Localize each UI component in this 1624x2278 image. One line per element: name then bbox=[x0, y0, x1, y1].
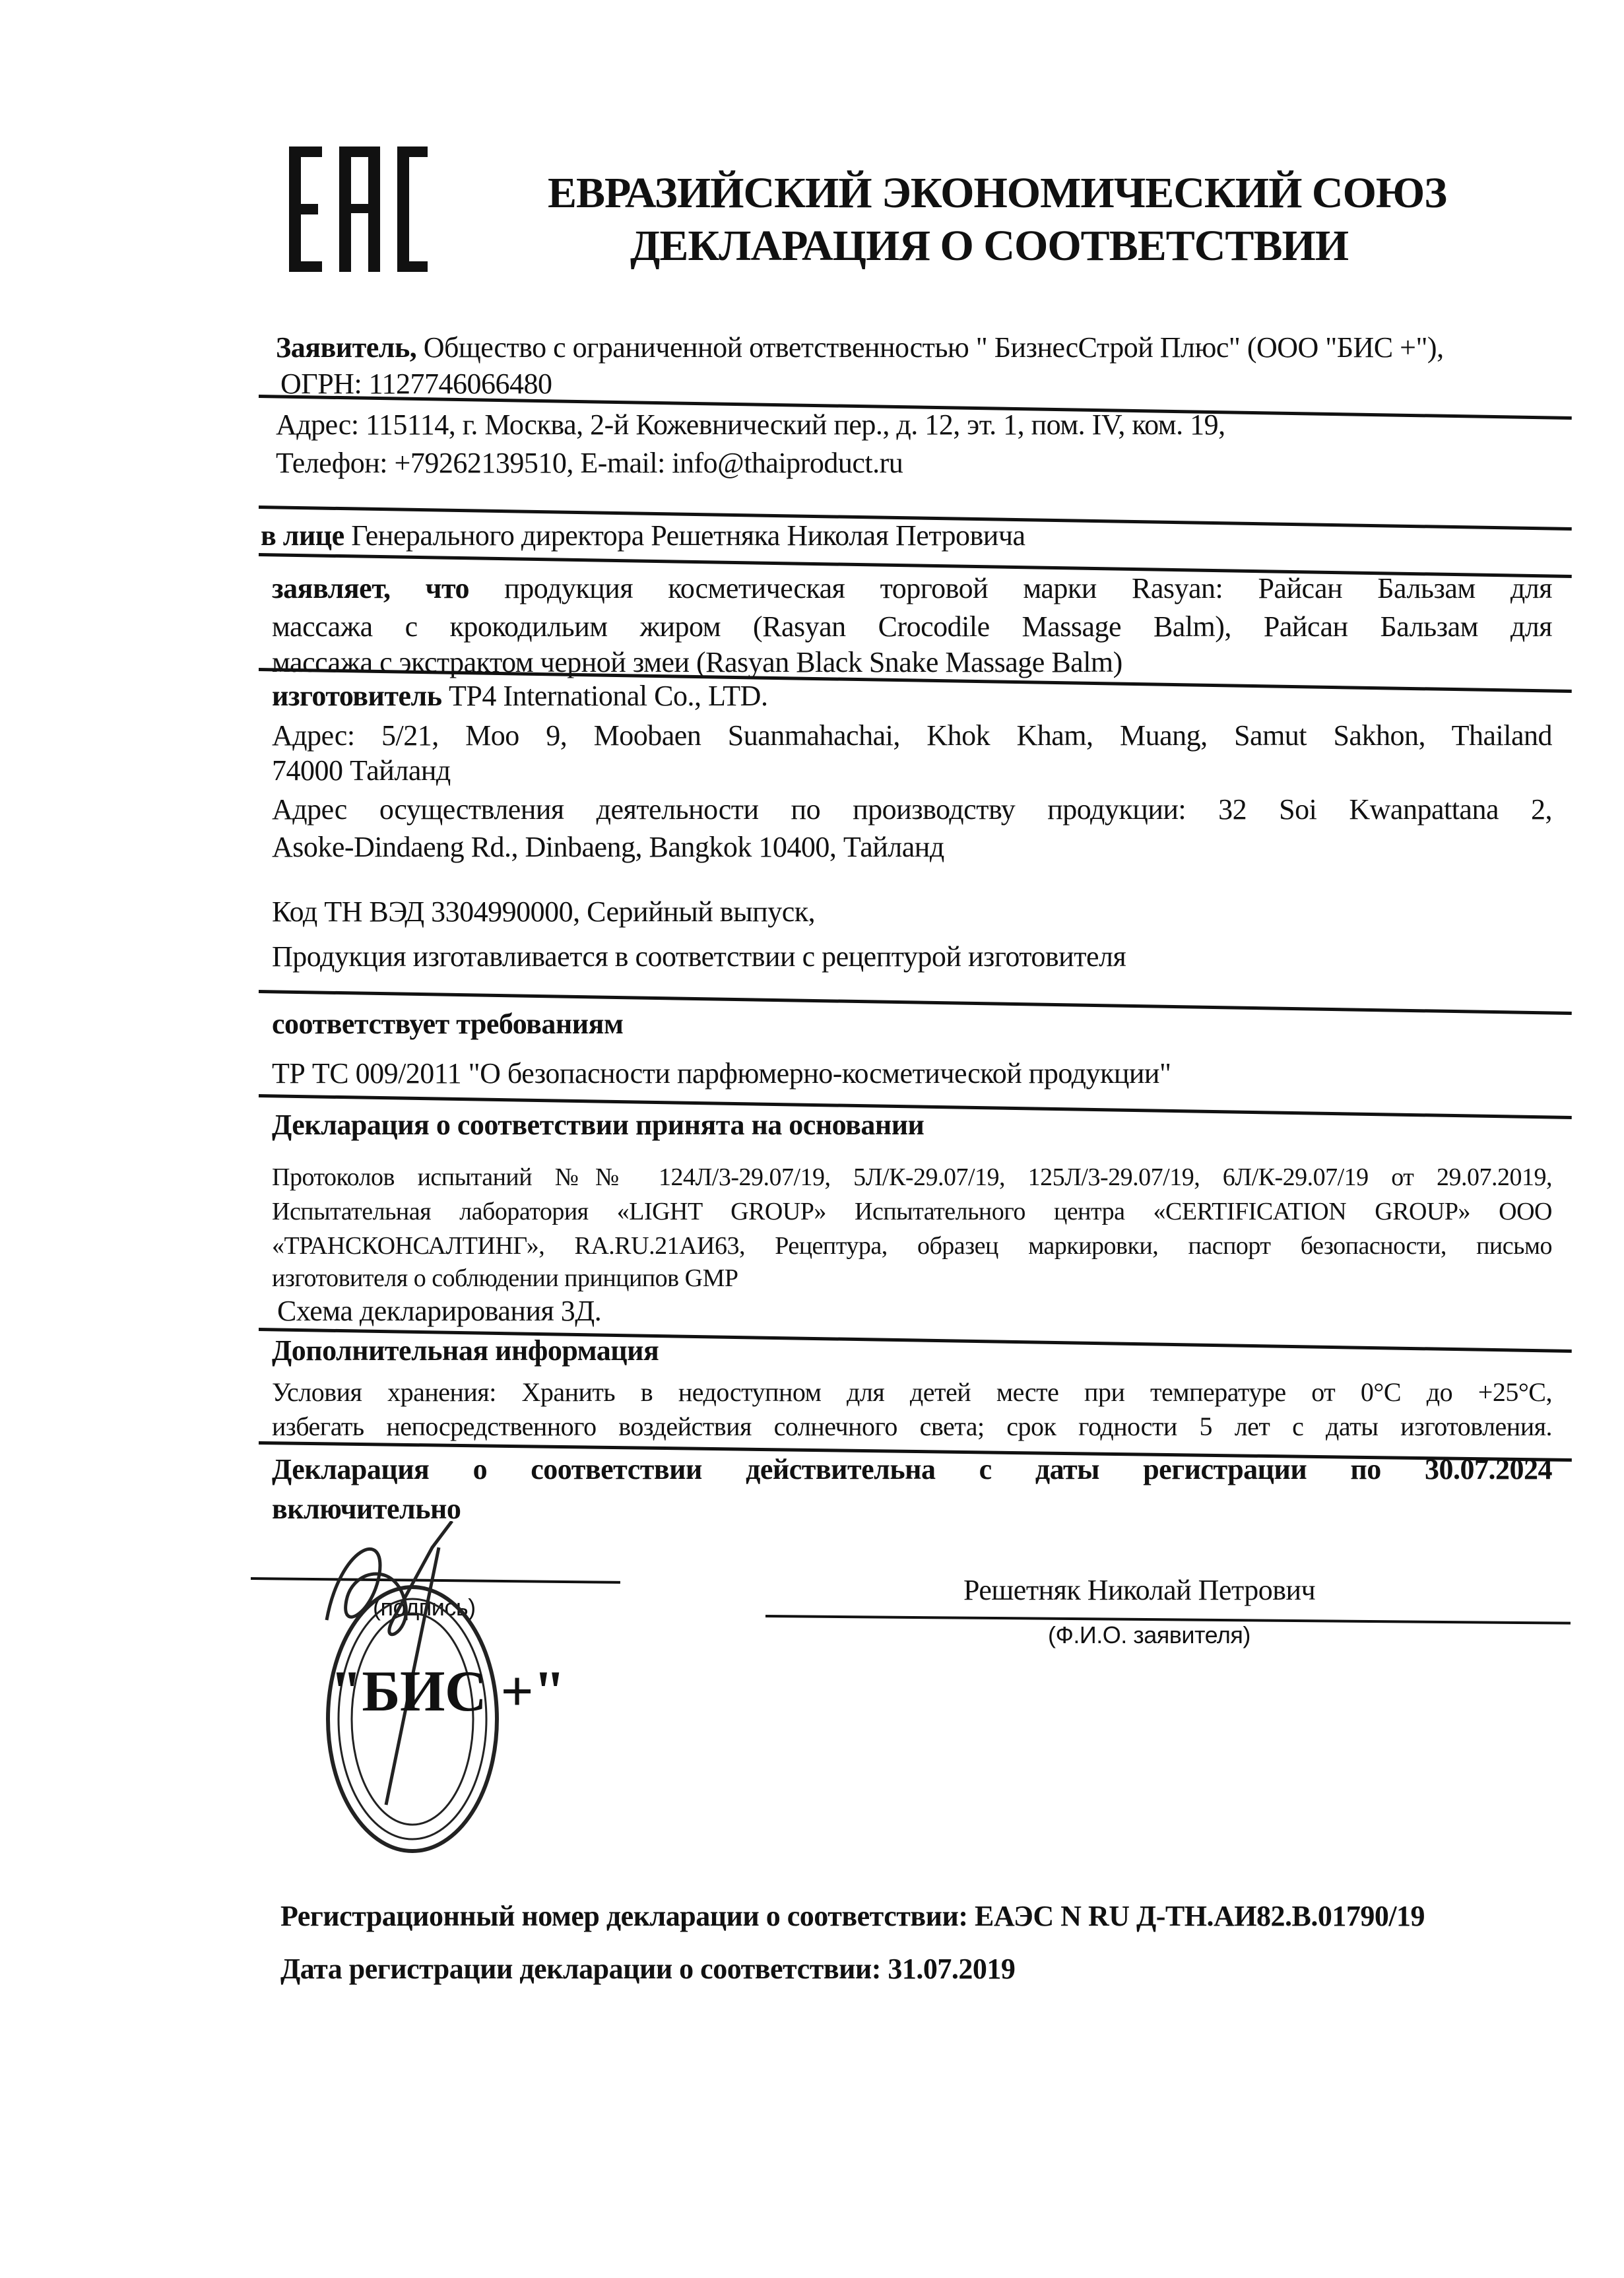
applicant-full-name: Решетняк Николай Петрович bbox=[963, 1576, 1315, 1605]
basis-line-4: изготовителя о соблюдении принципов GMP bbox=[272, 1266, 738, 1291]
representative-label: в лице bbox=[261, 519, 344, 552]
applicant-line: Заявитель, Общество с ограниченной ответ… bbox=[276, 333, 1444, 362]
manufacturer-address-2: 74000 Тайланд bbox=[272, 756, 451, 785]
representative-line: в лице Генерального директора Решетняка … bbox=[261, 521, 1025, 550]
storage-line-1: Условия хранения: Хранить в недоступном … bbox=[272, 1379, 1552, 1406]
stamp-text: "БИС +" bbox=[330, 1663, 566, 1721]
representative-name: Генерального директора Решетняка Николая… bbox=[344, 519, 1025, 552]
applicant-contacts: Телефон: +79262139510, E-mail: info@thai… bbox=[276, 449, 903, 478]
validity-line-2: включительно bbox=[272, 1495, 461, 1524]
recipe-note: Продукция изготавливается в соответствии… bbox=[272, 942, 1126, 971]
production-address-2: Asoke-Dindaeng Rd., Dinbaeng, Bangkok 10… bbox=[272, 833, 944, 862]
production-address-1: Адрес осуществления деятельности по прои… bbox=[272, 795, 1552, 824]
requirements-text: ТР ТС 009/2011 "О безопасности парфюмерн… bbox=[272, 1059, 1171, 1088]
requirements-label: соответствует требованиям bbox=[272, 1010, 623, 1039]
basis-line-3: «ТРАНСКОНСАЛТИНГ», RA.RU.21АИ63, Рецепту… bbox=[272, 1233, 1552, 1258]
applicant-ogrn: ОГРН: 1127746066480 bbox=[280, 370, 552, 399]
declaration-scheme: Схема декларирования 3Д. bbox=[277, 1297, 601, 1326]
applicant-label: Заявитель, bbox=[276, 331, 416, 364]
manufacturer-address-1: Адрес: 5/21, Moo 9, Moobaen Suanmahachai… bbox=[272, 721, 1552, 750]
declares-line-2: массажа с крокодильим жиром (Rasyan Croc… bbox=[272, 612, 1552, 641]
name-caption: (Ф.И.О. заявителя) bbox=[1048, 1623, 1250, 1647]
storage-line-2: избегать непосредственного воздействия с… bbox=[272, 1414, 1552, 1440]
registration-number: Регистрационный номер декларации о соотв… bbox=[280, 1902, 1425, 1931]
manufacturer-label: изготовитель bbox=[272, 680, 441, 712]
union-title: ЕВРАЗИЙСКИЙ ЭКОНОМИЧЕСКИЙ СОЮЗ bbox=[548, 168, 1446, 218]
eac-mark-icon bbox=[289, 146, 428, 272]
basis-line-1: Протоколов испытаний №№ 124Л/3-29.07/19,… bbox=[272, 1165, 1552, 1190]
applicant-company: Общество с ограниченной ответственностью… bbox=[416, 331, 1443, 364]
declares-label: заявляет, что bbox=[272, 572, 469, 604]
additional-label: Дополнительная информация bbox=[272, 1336, 659, 1365]
basis-line-2: Испытательная лаборатория «LIGHT GROUP» … bbox=[272, 1199, 1552, 1224]
manufacturer-line: изготовитель TP4 International Co., LTD. bbox=[272, 682, 767, 711]
document-title: ДЕКЛАРАЦИЯ О СООТВЕТСТВИИ bbox=[630, 221, 1348, 271]
registration-date: Дата регистрации декларации о соответств… bbox=[280, 1955, 1015, 1984]
manufacturer-name: TP4 International Co., LTD. bbox=[441, 680, 767, 712]
applicant-address: Адрес: 115114, г. Москва, 2-й Кожевничес… bbox=[276, 410, 1225, 439]
declares-line-1: заявляет, что продукция косметическая то… bbox=[272, 574, 1552, 603]
validity-line-1: Декларация о соответствии действительна … bbox=[272, 1455, 1552, 1484]
hs-code: Код ТН ВЭД 3304990000, Серийный выпуск, bbox=[272, 897, 815, 927]
basis-label: Декларация о соответствии принята на осн… bbox=[272, 1111, 924, 1140]
